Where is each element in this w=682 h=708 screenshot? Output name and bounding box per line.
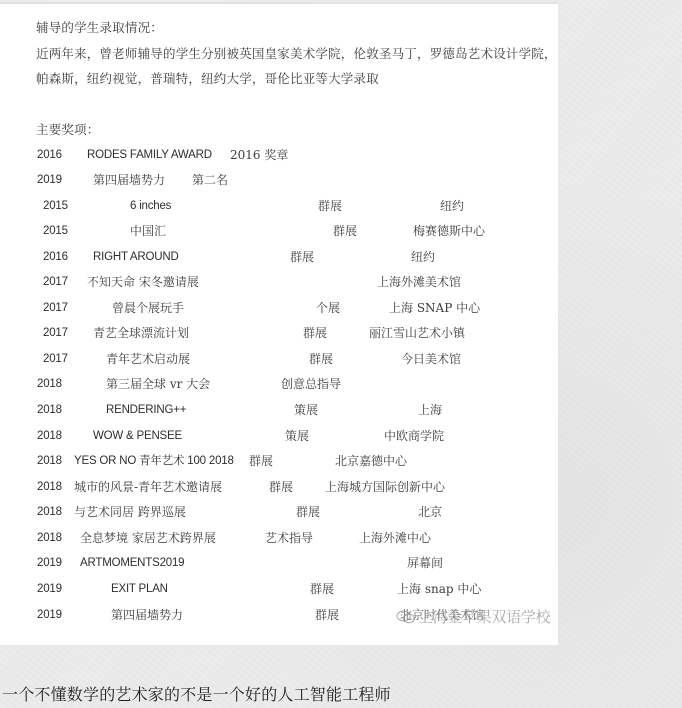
award-location: 纽约 xyxy=(411,248,435,266)
admissions-heading: 辅导的学生录取情况： xyxy=(36,18,163,36)
award-year: 2017 xyxy=(43,350,68,368)
award-year: 2018 xyxy=(37,529,62,547)
award-type: 个展 xyxy=(316,299,340,317)
award-type: 群展 xyxy=(269,478,293,496)
award-title: 青艺全球漂流计划 xyxy=(93,324,189,342)
award-type: 策展 xyxy=(294,401,318,419)
award-type: 群展 xyxy=(249,452,273,470)
award-location: 今日美术馆 xyxy=(401,350,461,368)
award-title: 青年艺术启动展 xyxy=(106,350,190,368)
award-row: 2018 全息梦境 家居艺术跨界展 艺术指导 上海外滩中心 xyxy=(0,529,558,547)
watermark-text: 上海金苹果双语学校 xyxy=(418,608,550,626)
award-title: 第三届全球 vr 大会 xyxy=(106,375,210,393)
award-location: 上海 xyxy=(418,401,442,419)
award-row: 2019 EXIT PLAN 群展 上海 snap 中心 xyxy=(0,580,558,598)
award-row: 2019 ARTMOMENTS2019 屏幕间 xyxy=(0,554,558,572)
award-type: 群展 xyxy=(290,248,314,266)
award-location: 上海 SNAP 中心 xyxy=(389,299,480,317)
award-type: 群展 xyxy=(310,580,334,598)
award-title: EXIT PLAN xyxy=(111,580,168,598)
award-row: 2018 WOW & PENSEE 策展 中欧商学院 xyxy=(0,427,558,445)
award-year: 2017 xyxy=(43,299,68,317)
award-title: 6 inches xyxy=(130,197,171,215)
award-type: 群展 xyxy=(315,606,339,624)
award-year: 2015 xyxy=(43,222,68,240)
caption-text: 一个不懂数学的艺术家的不是一个好的人工智能工程师 xyxy=(2,682,391,705)
award-row: 2018 第三届全球 vr 大会 创意总指导 xyxy=(0,375,558,393)
award-row: 2019 第四届墙势力 第二名 xyxy=(0,171,558,189)
award-title: WOW & PENSEE xyxy=(93,427,182,445)
award-year: 2015 xyxy=(43,197,68,215)
award-location: 丽江雪山艺术小镇 xyxy=(369,324,465,342)
award-title: 与艺术同居 跨界巡展 xyxy=(74,503,186,521)
award-row: 2015 6 inches 群展 纽约 xyxy=(0,197,558,215)
award-year: 2018 xyxy=(37,478,62,496)
award-title: 第四届墙势力 xyxy=(93,171,165,189)
watermark: 上海金苹果双语学校 xyxy=(396,606,550,627)
award-title: RODES FAMILY AWARD xyxy=(87,146,212,164)
award-row: 2017 青年艺术启动展 群展 今日美术馆 xyxy=(0,350,558,368)
award-year: 2019 xyxy=(37,171,62,189)
award-type: 艺术指导 xyxy=(265,529,313,547)
award-row: 2016 RODES FAMILY AWARD 2016 奖章 xyxy=(0,146,558,164)
award-year: 2018 xyxy=(37,375,62,393)
award-row: 2015 中国汇 群展 梅赛德斯中心 xyxy=(0,222,558,240)
awards-heading: 主要奖项： xyxy=(36,120,100,138)
award-location: 北京嘉德中心 xyxy=(335,452,407,470)
award-location: 屏幕间 xyxy=(407,554,443,572)
award-title: 第四届墙势力 xyxy=(111,606,183,624)
document-top-border xyxy=(0,2,558,4)
award-year: 2019 xyxy=(37,554,62,572)
award-row: 2016 RIGHT AROUND 群展 纽约 xyxy=(0,248,558,266)
award-title: 不知天命 宋冬邀请展 xyxy=(87,273,199,291)
award-location: 北京 xyxy=(418,503,442,521)
award-type: 2016 奖章 xyxy=(230,146,288,164)
award-type: 策展 xyxy=(285,427,309,445)
award-title: YES OR NO 青年艺术 100 2018 xyxy=(74,452,234,470)
wechat-icon xyxy=(396,610,416,624)
award-year: 2018 xyxy=(37,401,62,419)
award-location: 纽约 xyxy=(440,197,464,215)
award-type: 群展 xyxy=(318,197,342,215)
award-year: 2018 xyxy=(37,427,62,445)
admissions-line-1: 近两年来，曾老师辅导的学生分别被英国皇家美术学院，伦敦圣马丁，罗德岛艺术设计学院… xyxy=(36,44,557,62)
award-title: 全息梦境 家居艺术跨界展 xyxy=(80,529,216,547)
award-title: RIGHT AROUND xyxy=(93,248,179,266)
award-year: 2019 xyxy=(37,580,62,598)
award-location: 上海 snap 中心 xyxy=(397,580,481,598)
award-year: 2017 xyxy=(43,324,68,342)
award-row: 2017 曾晨个展玩手 个展 上海 SNAP 中心 xyxy=(0,299,558,317)
award-year: 2016 xyxy=(37,146,62,164)
award-title: 曾晨个展玩手 xyxy=(112,299,184,317)
award-location: 梅赛德斯中心 xyxy=(413,222,485,240)
award-type: 创意总指导 xyxy=(281,375,341,393)
award-year: 2017 xyxy=(43,273,68,291)
award-row: 2018 与艺术同居 跨界巡展 群展 北京 xyxy=(0,503,558,521)
document-image: 辅导的学生录取情况： 近两年来，曾老师辅导的学生分别被英国皇家美术学院，伦敦圣马… xyxy=(0,2,558,645)
award-title: 城市的风景-青年艺术邀请展 xyxy=(74,478,222,496)
award-row: 2018 城市的风景-青年艺术邀请展 群展 上海城方国际创新中心 xyxy=(0,478,558,496)
award-row: 2017 不知天命 宋冬邀请展 上海外滩美术馆 xyxy=(0,273,558,291)
award-year: 2019 xyxy=(37,606,62,624)
award-location: 上海外滩中心 xyxy=(359,529,431,547)
award-title: 中国汇 xyxy=(130,222,166,240)
award-title: ARTMOMENTS2019 xyxy=(80,554,184,572)
award-type: 群展 xyxy=(303,324,327,342)
award-row: 2018 YES OR NO 青年艺术 100 2018 群展 北京嘉德中心 xyxy=(0,452,558,470)
admissions-line-2: 帕森斯，纽约视觉，普瑞特，纽约大学，哥伦比亚等大学录取 xyxy=(36,69,379,87)
award-type: 群展 xyxy=(333,222,357,240)
award-year: 2016 xyxy=(43,248,68,266)
award-year: 2018 xyxy=(37,503,62,521)
award-location: 上海城方国际创新中心 xyxy=(325,478,445,496)
award-location: 上海外滩美术馆 xyxy=(377,273,461,291)
award-year: 2018 xyxy=(37,452,62,470)
award-location: 中欧商学院 xyxy=(384,427,444,445)
award-title: RENDERING++ xyxy=(106,401,186,419)
award-row: 2018 RENDERING++ 策展 上海 xyxy=(0,401,558,419)
award-type: 第二名 xyxy=(192,171,228,189)
award-type: 群展 xyxy=(309,350,333,368)
award-row: 2017 青艺全球漂流计划 群展 丽江雪山艺术小镇 xyxy=(0,324,558,342)
award-type: 群展 xyxy=(296,503,320,521)
